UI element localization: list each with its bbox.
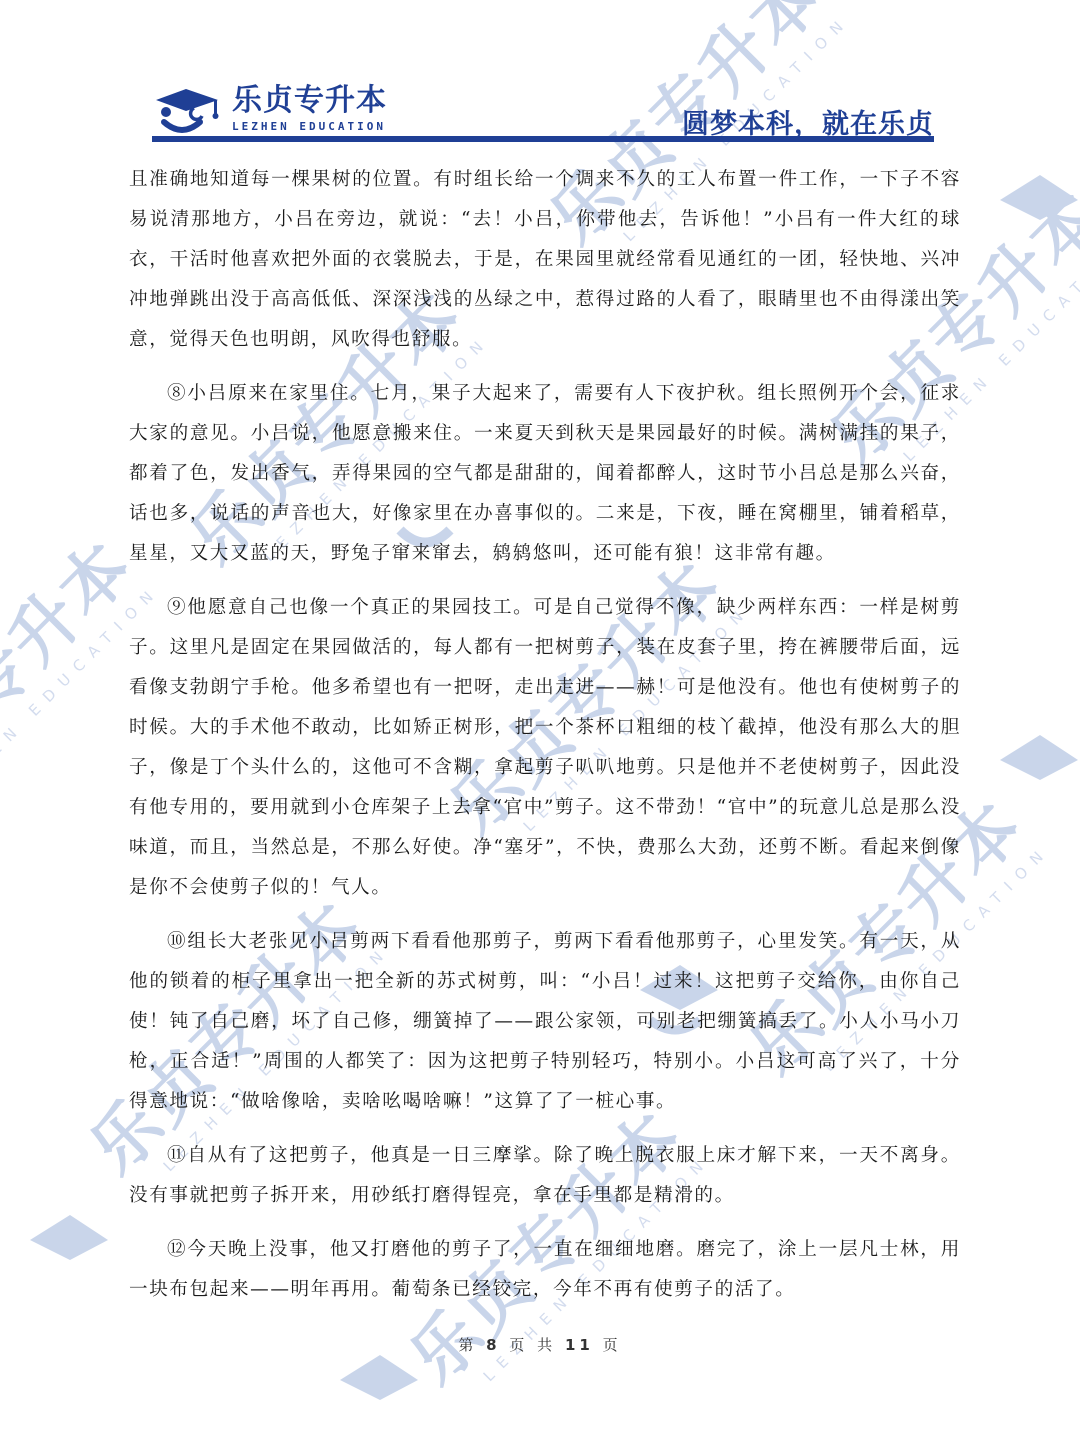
paragraph-number: ⑧ — [167, 383, 187, 404]
paragraph: 且准确地知道每一棵果树的位置。有时组长给一个调来不久的工人布置一件工作，一下子不… — [129, 160, 961, 360]
brand-name: 乐贞专升本 — [232, 84, 387, 118]
paragraph-number: ⑪ — [167, 1145, 187, 1166]
paragraph: ⑨他愿意自己也像一个真正的果园技工。可是自己觉得不像，缺少两样东西：一样是树剪子… — [129, 588, 961, 908]
brand-logo: 乐贞专升本 LEZHEN EDUCATION — [152, 84, 387, 136]
document-body: 且准确地知道每一棵果树的位置。有时组长给一个调来不久的工人布置一件工作，一下子不… — [129, 160, 961, 1324]
paragraph: ⑧小吕原来在家里住。七月，果子大起来了，需要有人下夜护秋。组长照例开个会，征求大… — [129, 374, 961, 574]
paragraph-text: 小吕原来在家里住。七月，果子大起来了，需要有人下夜护秋。组长照例开个会，征求大家… — [129, 383, 961, 564]
paragraph-number: ⑩ — [167, 931, 187, 952]
paragraph-text: 他愿意自己也像一个真正的果园技工。可是自己觉得不像，缺少两样东西：一样是树剪子。… — [129, 597, 961, 898]
paragraph: ⑪自从有了这把剪子，他真是一日三摩挲。除了晚上脱衣服上床才解下来，一天不离身。没… — [129, 1136, 961, 1216]
current-page: 8 — [486, 1336, 500, 1354]
paragraph-text: 今天晚上没事，他又打磨他的剪子了，一直在细细地磨。磨完了，涂上一层凡士林，用一块… — [129, 1239, 961, 1300]
graduation-cap-icon — [990, 720, 1080, 810]
paragraph-number: ⑨ — [167, 597, 187, 618]
graduation-cap-icon — [30, 1200, 120, 1290]
graduation-cap-icon — [152, 86, 222, 136]
paragraph-number: ⑫ — [167, 1239, 187, 1260]
paragraph: ⑩组长大老张见小吕剪两下看看他那剪子，剪两下看看他那剪子，心里发笑。有一天，从他… — [129, 922, 961, 1122]
brand-name-en: LEZHEN EDUCATION — [232, 120, 387, 133]
paragraph-text: 且准确地知道每一棵果树的位置。有时组长给一个调来不久的工人布置一件工作，一下子不… — [129, 169, 961, 350]
page-footer: 第 8 页 共 11 页 — [0, 1334, 1080, 1355]
paragraph-text: 自从有了这把剪子，他真是一日三摩挲。除了晚上脱衣服上床才解下来，一天不离身。没有… — [129, 1145, 961, 1206]
graduation-cap-icon — [990, 160, 1080, 250]
paragraph: ⑫今天晚上没事，他又打磨他的剪子了，一直在细细地磨。磨完了，涂上一层凡士林，用一… — [129, 1230, 961, 1310]
page-header: 乐贞专升本 LEZHEN EDUCATION 圆梦本科，就在乐贞 — [152, 84, 934, 146]
total-pages: 11 — [565, 1336, 594, 1354]
header-divider — [152, 136, 934, 142]
paragraph-text: 组长大老张见小吕剪两下看看他那剪子，剪两下看看他那剪子，心里发笑。有一天，从他的… — [129, 931, 961, 1112]
